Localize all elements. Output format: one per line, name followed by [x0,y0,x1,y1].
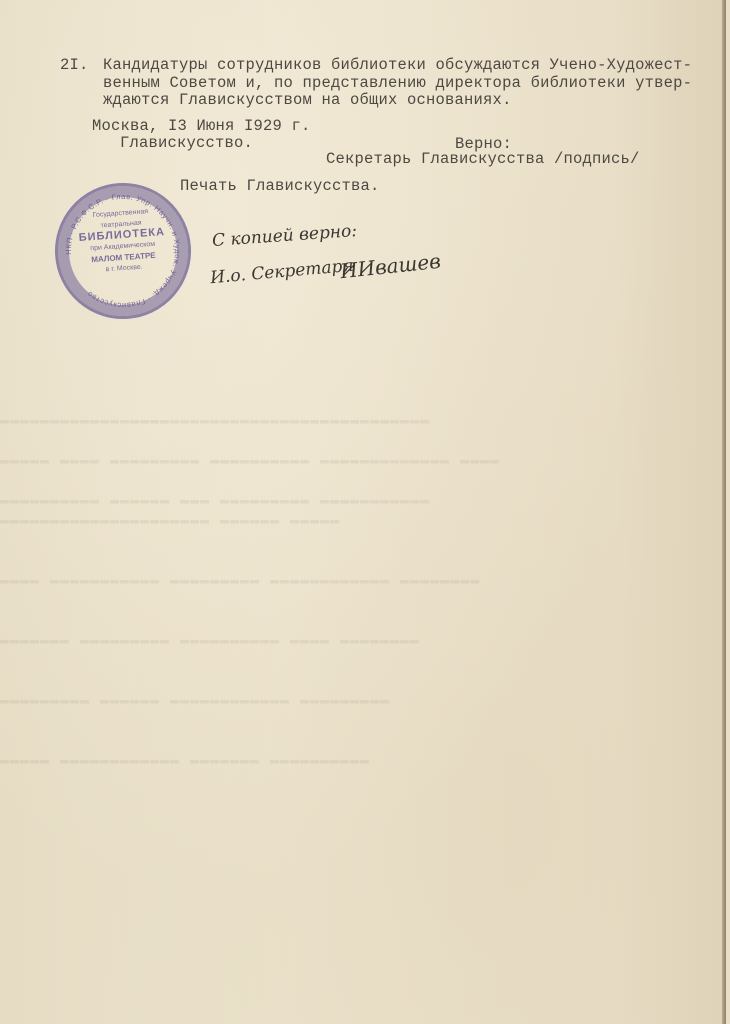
paragraph-line: венным Советом и, по представлению дирек… [103,74,692,92]
handwritten-title: И.о. Секретаря [209,256,354,288]
paragraph-line: Кандидатуры сотрудников библиотеки обсуж… [103,56,692,74]
paragraph-line: ждаются Главискусством на общих основани… [103,91,512,109]
bleed-through: ▬▬▬▬▬▬▬▬▬ ▬▬▬▬▬▬ ▬▬▬▬▬▬▬▬▬▬▬▬ ▬▬▬▬▬▬▬▬▬ [0,692,726,709]
stamp-inner-text: Государственная театральная БИБЛИОТЕКА п… [73,205,171,277]
handwritten-signature: ИИвашев [339,249,442,283]
bleed-through: ▬▬▬▬▬▬▬▬▬▬▬▬▬▬▬▬▬▬▬▬▬▬▬▬▬▬▬▬▬▬▬▬▬▬▬▬▬▬▬▬… [0,412,726,429]
bleed-through: ▬▬▬▬▬▬▬▬▬▬▬▬▬▬▬▬▬▬▬▬▬ ▬▬▬▬▬▬ ▬▬▬▬▬ [0,512,726,529]
seal-note: Печать Главискусства. [180,177,380,195]
paragraph-number: 2I. [60,56,89,74]
handwritten-certification: С копией верно: [211,221,357,251]
bleed-through: ▬▬▬▬▬▬▬▬▬▬ ▬▬▬▬▬▬ ▬▬▬ ▬▬▬▬▬▬▬▬▬ ▬▬▬▬▬▬▬▬… [0,492,726,509]
place-date: Москва, I3 Июня I929 г. [92,117,311,135]
library-stamp: НКП · Р.С.Ф.С.Р. · Глав. Упр. Научн. и Х… [50,178,195,323]
document-page: ▬▬▬▬▬▬▬▬▬▬▬▬▬▬▬▬▬▬▬▬▬▬▬▬▬▬▬▬▬▬▬▬▬▬▬▬▬▬▬▬… [0,0,726,1024]
issuer: Главискусство. [120,134,253,152]
bleed-through: ▬▬▬▬ ▬▬▬▬▬▬▬▬▬▬▬ ▬▬▬▬▬▬▬▬▬ ▬▬▬▬▬▬▬▬▬▬▬▬ … [0,572,726,589]
bleed-through: ▬▬▬▬▬ ▬▬▬▬▬▬▬▬▬▬▬▬ ▬▬▬▬▬▬▬ ▬▬▬▬▬▬▬▬▬▬ [0,752,726,769]
secretary-line: Секретарь Главискусства /подпись/ [326,150,640,168]
bleed-through: ▬▬▬▬▬ ▬▬▬▬ ▬▬▬▬▬▬▬▬▬ ▬▬▬▬▬▬▬▬▬▬ ▬▬▬▬▬▬▬▬… [0,452,726,469]
bleed-through: ▬▬▬▬▬▬▬ ▬▬▬▬▬▬▬▬▬ ▬▬▬▬▬▬▬▬▬▬ ▬▬▬▬ ▬▬▬▬▬▬… [0,632,726,649]
